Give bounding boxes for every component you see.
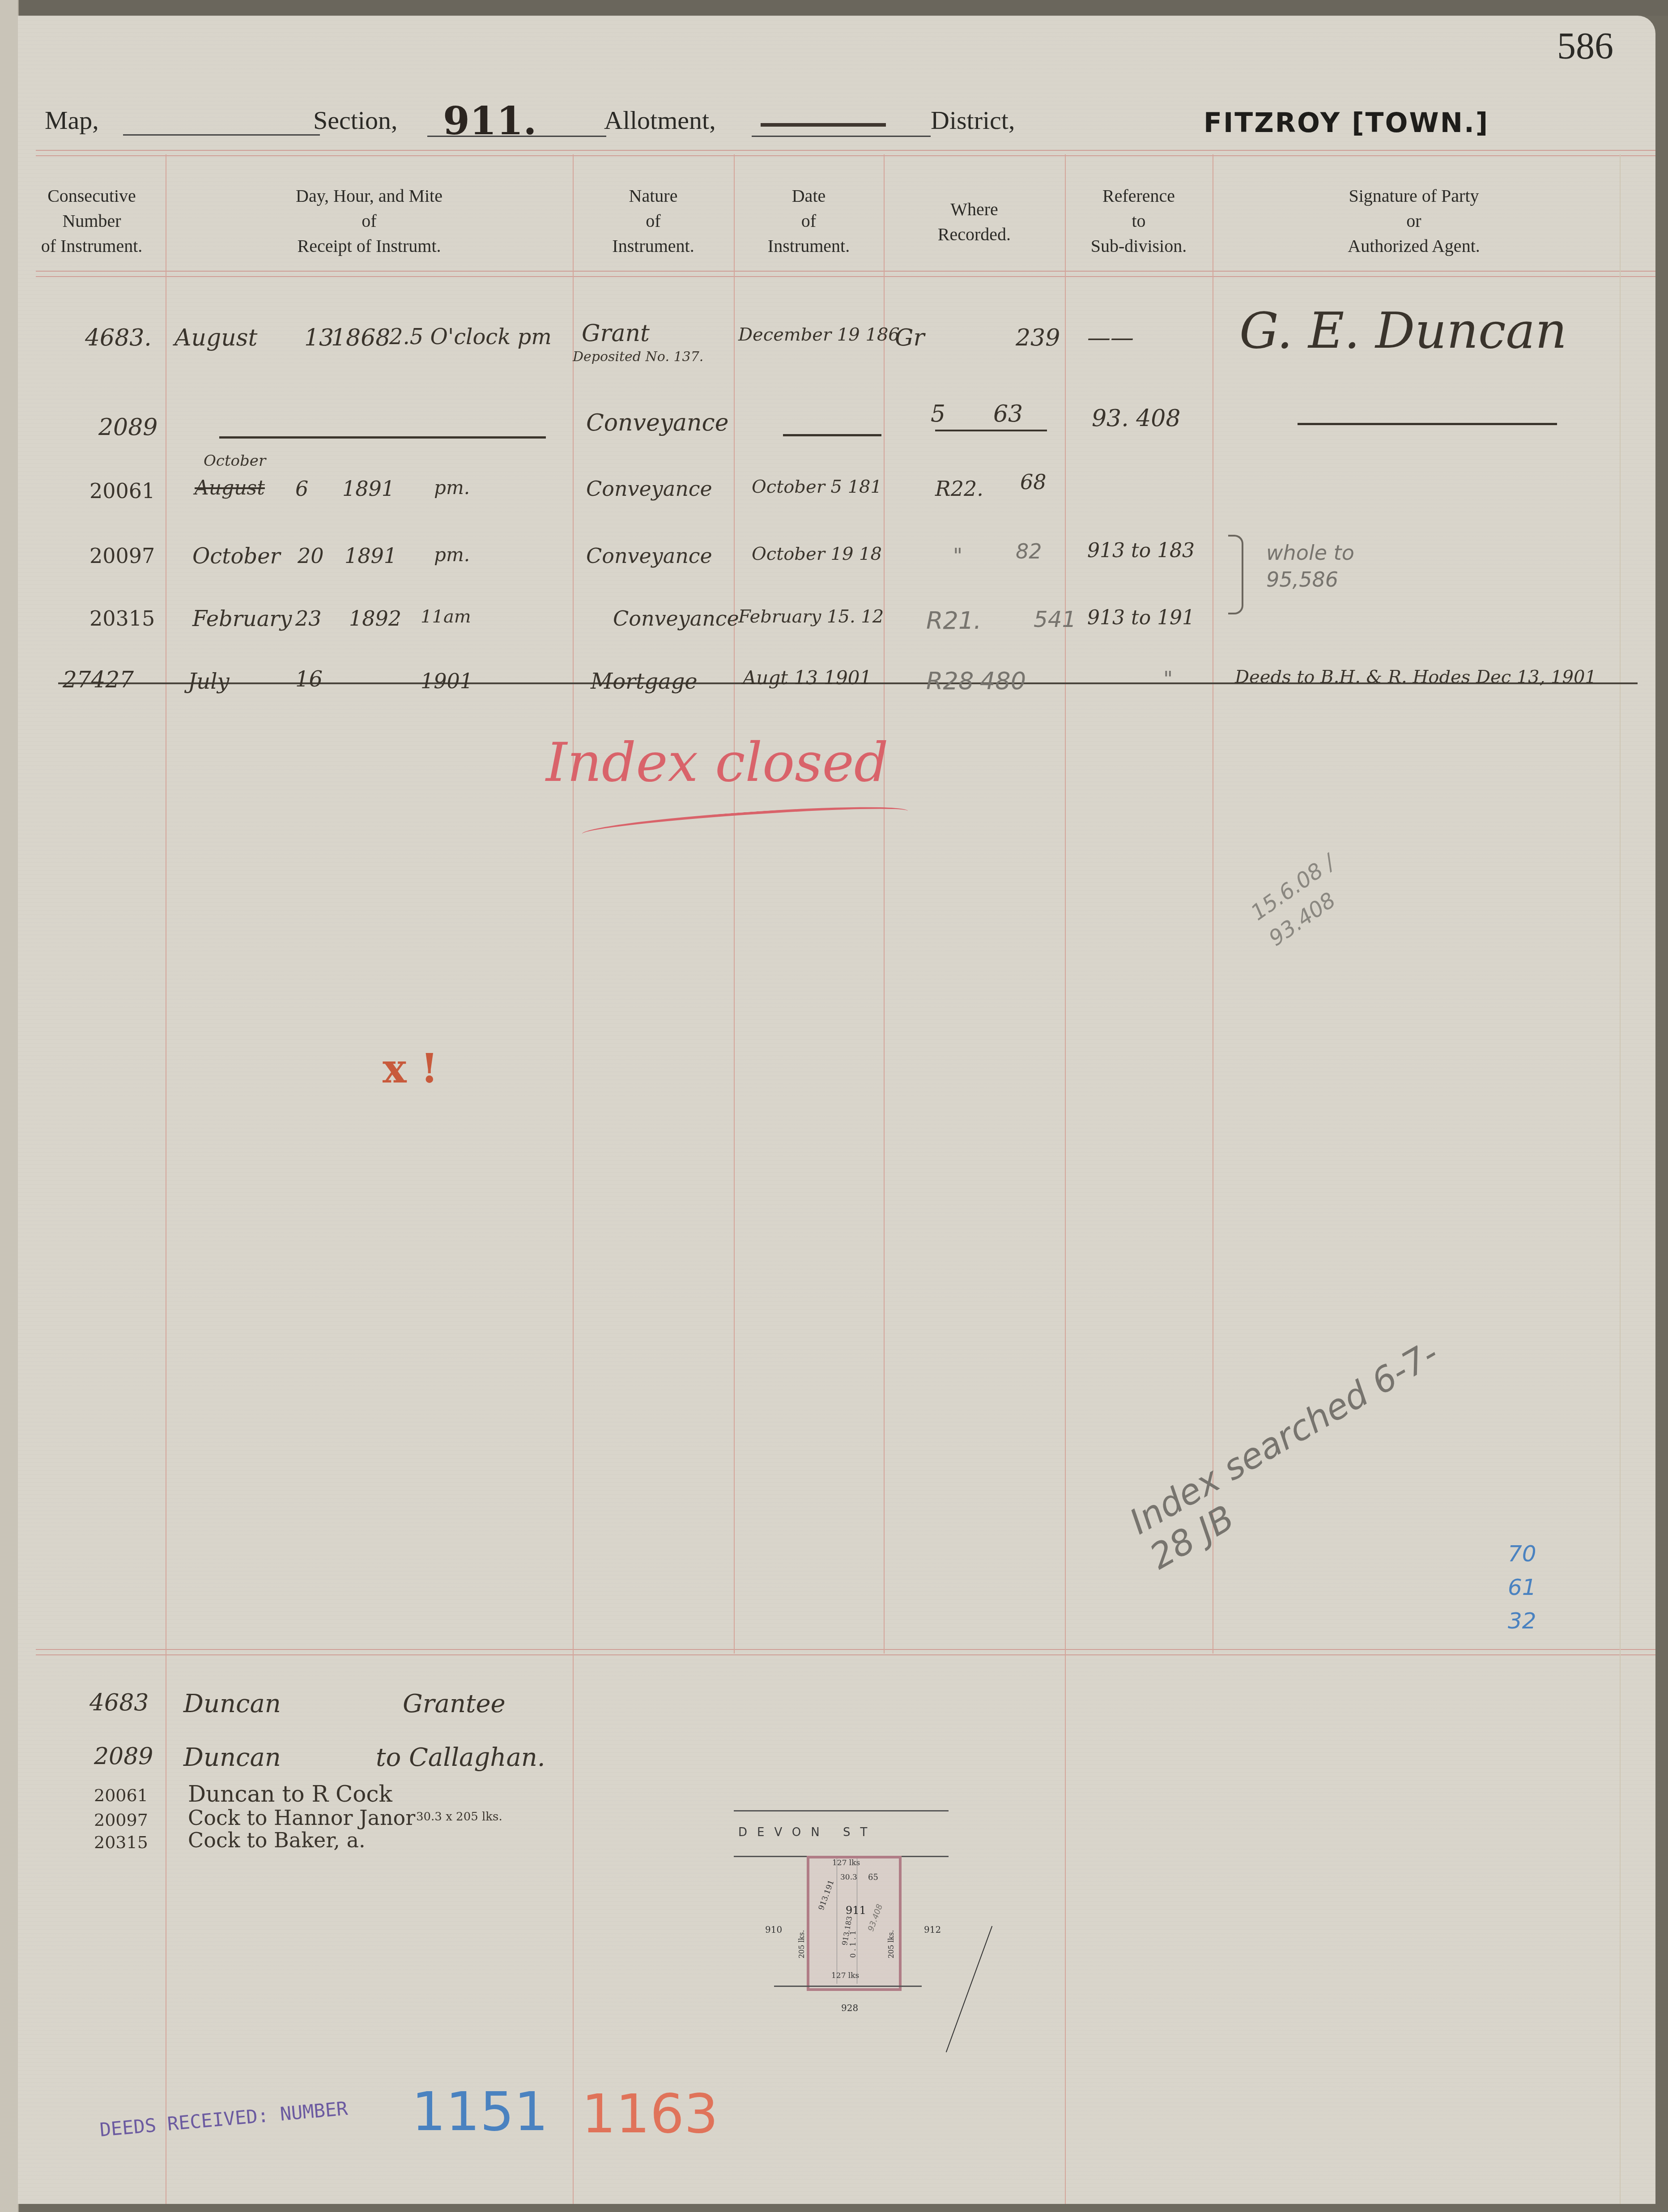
deeds-number-blue: 1151 [412,2081,548,2143]
entry-recorded-folio: 68 [1020,470,1047,494]
deeds-received-stamp: DEEDS RECEIVED: NUMBER [99,2097,349,2141]
entry-recorded-folio: 239 [1016,324,1060,351]
column-header-number: ConsecutiveNumberof Instrument. [18,183,166,259]
entry-recorded-folio: 541 [1034,606,1076,632]
entry-month: August [174,324,257,351]
entry-year: 1892 [349,606,401,631]
entry-date: December 19 186 [738,324,900,345]
entry-date: October 19 18 [752,544,882,564]
entry-recorded-book: 5 [931,401,945,427]
entry-recorded-underline [935,430,1047,431]
plan-sub-b: 30.3 [840,1873,857,1882]
entry-recorded-folio: 480 [980,667,1026,695]
summary-number: 20061 [94,1786,148,1805]
plan-street-label: DEVON ST [738,1826,877,1839]
column-header-nature: NatureofInstrument. [573,183,734,259]
plan-street-line-top [734,1810,949,1811]
column-line [734,154,735,1654]
entry-nature-note: Deposited No. 137. [573,349,703,365]
summary-text: Duncan to R Cock [188,1781,392,1807]
column-line [573,154,574,2204]
entry-month: July [188,669,230,694]
entry-month: October [204,452,266,470]
entry-signature-blank [1298,423,1557,425]
entry-nature: Mortgage [591,669,698,694]
entry-recorded-book: R22. [935,477,983,501]
entry-reference: 913 to 183 [1087,539,1195,562]
page-number: 586 [1557,25,1613,68]
entry-number: 20061 [89,479,155,503]
entry-recorded-folio: 82 [1016,539,1042,563]
plan-left-lot: 910 [765,1924,782,1935]
entry-year: 1891 [342,477,395,501]
entry-blank-line [219,436,546,439]
map-field [123,134,320,136]
entry-nature: Conveyance [586,477,712,501]
summary-number: 2089 [94,1743,153,1770]
summary-rule [36,1649,1655,1655]
entry-number: 4683. [85,324,152,351]
plan-frontage: 127 lks [832,1858,860,1867]
column-line [884,154,885,1654]
bracket [1228,535,1243,614]
plan-side-right: 205 lks. [887,1930,895,1959]
bracket-note: whole to 95,586 [1266,539,1356,593]
entry-number: 20097 [89,544,155,568]
plan-rear-frontage: 127 lks [831,1971,859,1980]
summary-number: 20097 [94,1810,148,1830]
column-header-receipt: Day, Hour, and MiteofReceipt of Instrumt… [166,183,573,259]
entry-nature: Conveyance [613,606,739,631]
entry-reference: " [1163,667,1173,691]
district-label: District, [931,105,1015,135]
entry-nature: Grant [582,320,650,347]
allotment-label: Allotment, [604,105,716,135]
index-searched-note: Index searched 6-7-28 JB [1123,1333,1465,1577]
column-line [166,154,166,2204]
entry-signature: G. E. Duncan [1239,302,1567,359]
red-ink-marks: x ! [383,1045,438,1092]
entry-date: October 5 181 [752,477,882,497]
column-line [1213,154,1213,1654]
entry-year: 1891 [345,544,397,568]
north-arrow-icon [946,1926,992,2053]
district-value: FITZROY [TOWN.] [1204,107,1489,139]
entry-recorded-book: R21. [926,606,981,635]
entry-number: 2089 [98,414,157,441]
allotment-value-dash [761,123,886,127]
column-line [1065,154,1066,2204]
plan-side-left: 205 lks. [797,1930,806,1959]
entry-day: 16 [295,667,323,692]
entry-number: 20315 [89,606,155,631]
summary-extra: Grantee [403,1689,506,1718]
register-page: 586 Map, Section, 911. Allotment, Distri… [18,16,1655,2204]
index-closed-underline [581,801,908,844]
plan-sub-c: 65 [868,1873,878,1882]
header-rule-bottom [36,271,1655,277]
entry-time: 11am [421,606,471,627]
summary-extra: to Callaghan. [376,1743,545,1772]
entry-date: February 15. 12 [738,606,884,627]
entry-day: 6 [295,477,308,501]
entry-nature: Conveyance [586,409,729,436]
plan-subdivision-line [837,1858,837,1984]
plan-area: 0 . 1 . 1 [849,1931,857,1958]
deeds-number-red: 1163 [582,2083,718,2145]
book-cover-edge [0,0,1668,16]
column-header-recorded: WhereRecorded. [884,197,1065,247]
plan-rear-line [774,1986,922,1987]
summary-text: Duncan [183,1743,281,1772]
entry-signature: Deeds to B.H. & R. Hodes Dec 13, 1901 [1235,667,1596,687]
pencil-scribble: 15.6.08 / 93.408 [1245,841,1369,954]
entry-day: 13 [304,324,334,351]
blue-pencil-note: 70 61 32 [1508,1537,1536,1638]
book-binding [0,0,19,2212]
plan-rear-lot: 928 [841,2003,858,2013]
map-label: Map, [45,105,99,135]
entry-date-blank [783,434,881,436]
column-header-signature: Signature of PartyorAuthorized Agent. [1213,183,1615,259]
entry-nature: Conveyance [586,544,712,568]
summary-number: 4683 [89,1689,149,1716]
header-rule-top [36,150,1655,156]
entry-number: 27427 [63,667,134,693]
entry-reference: 913 to 191 [1087,606,1195,629]
entry-recorded-book: R28 [926,667,974,695]
entry-year: 1901 [421,669,473,693]
entry-month-struck: August [195,477,265,499]
section-field [427,136,606,137]
summary-extra: 30.3 x 205 lks. [416,1810,502,1824]
entry-time: 2.5 O'clock pm [389,324,552,349]
entry-reference: —— [1087,324,1134,351]
entry-month: October [192,544,281,569]
index-closed-note: Index closed [546,732,889,794]
entry-day: 20 [298,544,324,568]
allotment-field [752,136,931,137]
entry-day: 23 [295,606,322,631]
entry-recorded-book: Gr [895,324,924,351]
entry-month: February [192,606,292,631]
summary-text: Cock to Hannor Janor [188,1806,415,1830]
summary-number: 20315 [94,1833,148,1852]
section-label: Section, [313,105,397,135]
summary-text: Duncan [183,1689,281,1718]
entry-year: 1868 [331,324,390,351]
plan-right-lot: 912 [924,1924,941,1935]
entry-date: Augt 13 1901 [743,667,872,689]
column-header-reference: ReferencetoSub-division. [1065,183,1213,259]
column-header-date: DateofInstrument. [734,183,884,259]
entry-reference: 93. 408 [1092,405,1180,432]
plan-lot-number: 911 [846,1904,866,1917]
margin-line [1620,154,1621,2204]
entry-recorded-book: " [953,544,962,568]
entry-recorded-folio: 63 [993,401,1023,427]
entry-time: pm. [434,477,470,499]
entry-time: pm. [434,544,470,566]
summary-text: Cock to Baker, a. [188,1828,366,1852]
